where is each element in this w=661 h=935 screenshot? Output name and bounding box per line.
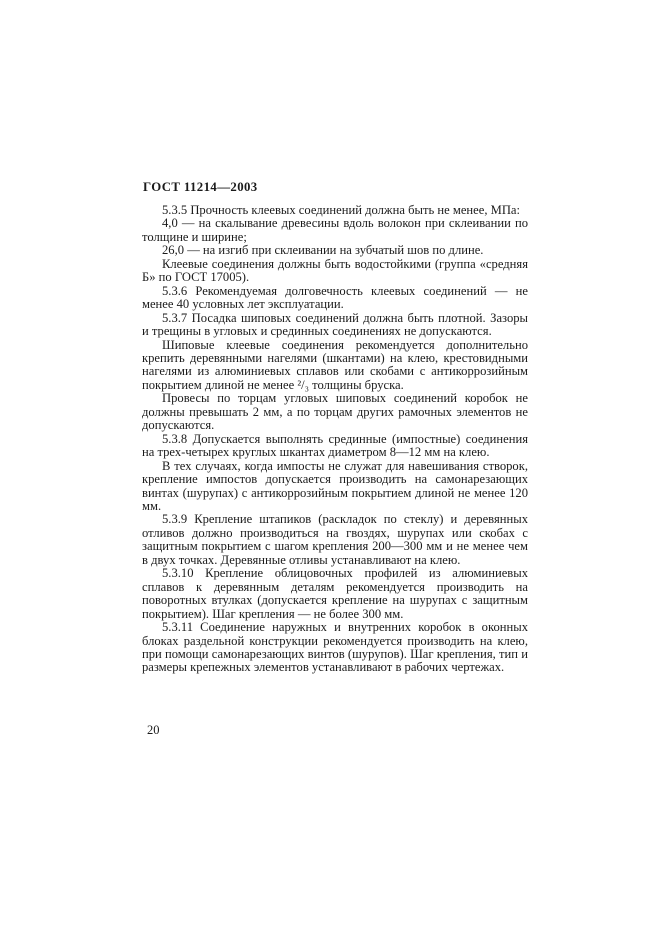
paragraph-5-3-6: 5.3.6 Рекомендуемая долговечность клеевы… [142,285,528,312]
paragraph-5-3-5: 5.3.5 Прочность клеевых соединений должн… [142,204,528,217]
document-page: ГОСТ 11214—2003 5.3.5 Прочность клеевых … [0,0,661,935]
paragraph-5-3-9: 5.3.9 Крепление штапиков (раскладок по с… [142,513,528,567]
paragraph-5-3-8: 5.3.8 Допускается выполнять срединные (и… [142,433,528,460]
paragraph-5-3-7: 5.3.7 Посадка шиповых соединений должна … [142,312,528,339]
paragraph-shear-strength: 4,0 — на скалывание древесины вдоль воло… [142,217,528,244]
paragraph-sag-limits: Провесы по торцам угловых шиповых соедин… [142,392,528,432]
paragraph-bend-strength: 26,0 — на изгиб при склеивании на зубчат… [142,244,528,257]
standard-number-header: ГОСТ 11214—2003 [143,180,258,195]
paragraph-tenon-joints: Шиповые клеевые соединения рекомендуется… [142,339,528,393]
paragraph-5-3-11: 5.3.11 Соединение наружных и внутренних … [142,621,528,675]
paragraph-water-resistance: Клеевые соединения должны быть водостойк… [142,258,528,285]
paragraph-impost-fastening: В тех случаях, когда импосты не служат д… [142,460,528,514]
paragraph-5-3-10: 5.3.10 Крепление облицовочных профилей и… [142,567,528,621]
body-text: 5.3.5 Прочность клеевых соединений должн… [142,204,528,675]
page-number: 20 [147,723,160,738]
